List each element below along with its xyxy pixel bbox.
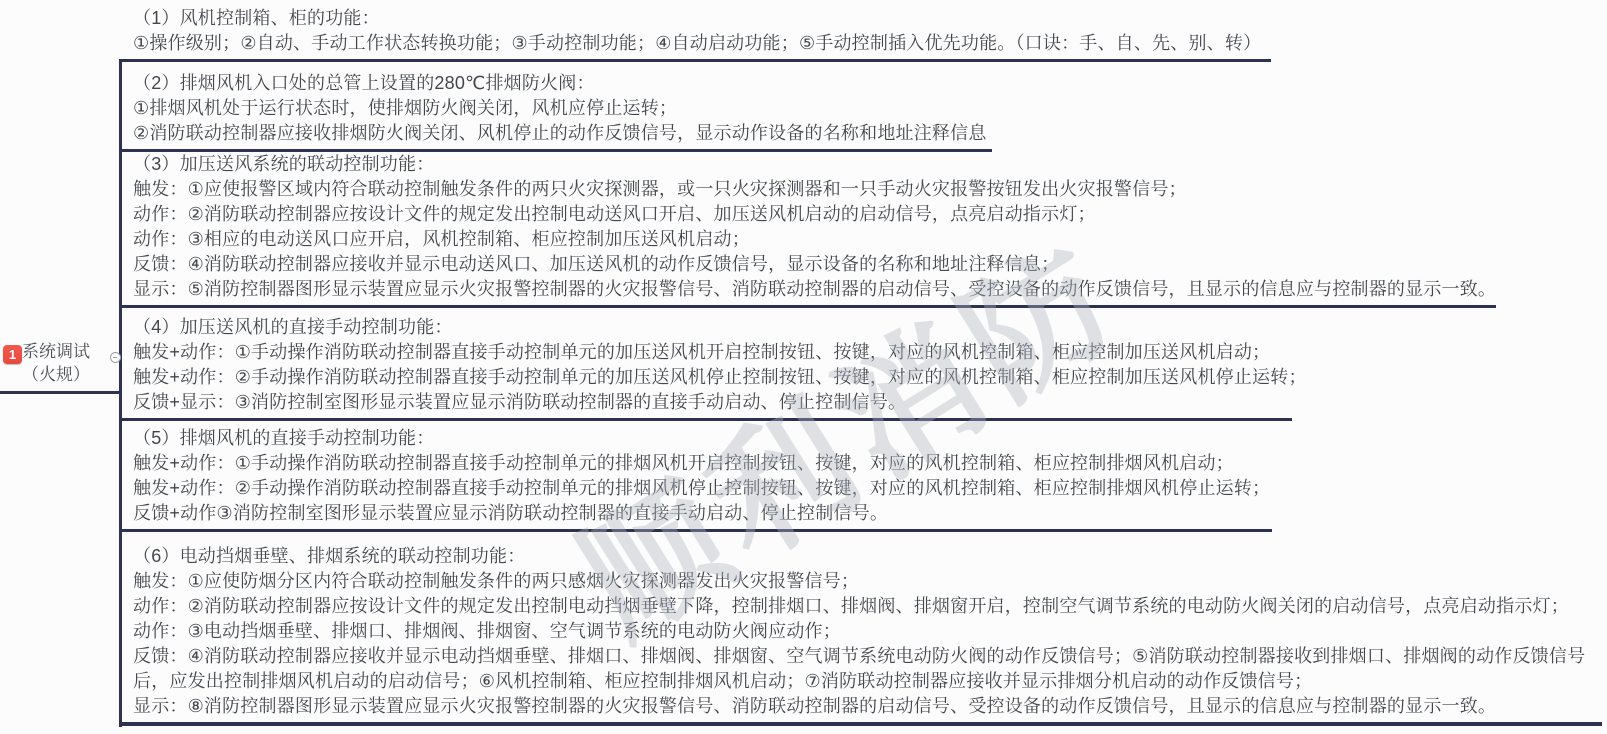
topic-line: 反馈：④消防联动控制器应接收并显示电动送风口、加压送风机的动作反馈信号，显示设备… (133, 252, 1496, 277)
topic-line: 动作：③电动挡烟垂壁、排烟口、排烟阀、排烟窗、空气调节系统的电动防火阀应动作； (133, 619, 1602, 644)
topic-heading: （5）排烟风机的直接手动控制功能： (133, 426, 1272, 451)
mindmap-canvas: { "colors": { "line": "#2c3250", "text":… (0, 0, 1607, 734)
topic-node-5[interactable]: （5）排烟风机的直接手动控制功能： 触发+动作：①手动操作消防联动控制器直接手动… (121, 426, 1272, 532)
topic-heading: （1）风机控制箱、柜的功能： (133, 6, 1271, 31)
topic-node-1[interactable]: （1）风机控制箱、柜的功能： ①操作级别；②自动、手动工作状态转换功能；③手动控… (121, 6, 1271, 62)
collapse-handle-icon[interactable] (110, 352, 121, 363)
topic-line: 触发+动作：②手动操作消防联动控制器直接手动控制单元的加压送风机停止控制按钮、按… (133, 365, 1292, 390)
topic-heading: （4）加压送风机的直接手动控制功能： (133, 315, 1292, 340)
topic-heading: （3）加压送风系统的联动控制功能： (133, 152, 1496, 177)
topic-node-6[interactable]: （6）电动挡烟垂壁、排烟系统的联动控制功能： 触发：①应使防烟分区内符合联动控制… (121, 544, 1602, 726)
root-title-line2: （火规） (0, 363, 112, 386)
topic-node-2[interactable]: （2）排烟风机入口处的总管上设置的280℃排烟防火阀： ①排烟风机处于运行状态时… (121, 71, 992, 152)
root-node[interactable]: 系统调试 （火规） (0, 340, 112, 386)
topic-line: 触发：①应使报警区域内符合联动控制触发条件的两只火灾探测器，或一只火灾探测器和一… (133, 177, 1496, 202)
root-node-underline (0, 391, 122, 394)
topic-node-4[interactable]: （4）加压送风机的直接手动控制功能： 触发+动作：①手动操作消防联动控制器直接手… (121, 315, 1292, 421)
topic-line: 触发：①应使防烟分区内符合联动控制触发条件的两只感烟火灾探测器发出火灾报警信号； (133, 569, 1602, 594)
topic-heading: （2）排烟风机入口处的总管上设置的280℃排烟防火阀： (133, 71, 992, 96)
topic-line: ①操作级别；②自动、手动工作状态转换功能；③手动控制功能；④自动启动功能；⑤手动… (133, 31, 1271, 56)
topic-line: 显示：⑤消防控制器图形显示装置应显示火灾报警控制器的火灾报警信号、消防联动控制器… (133, 277, 1496, 302)
topic-line: 触发+动作：②手动操作消防联动控制器直接手动控制单元的排烟风机停止控制按钮、按键… (133, 476, 1272, 501)
topic-line: 反馈+动作③消防控制室图形显示装置应显示消防联动控制器的直接手动启动、停止控制信… (133, 501, 1272, 526)
topic-line: ②消防联动控制器应接收排烟防火阀关闭、风机停止的动作反馈信号，显示动作设备的名称… (133, 121, 992, 146)
root-title-line1: 系统调试 (0, 340, 112, 363)
topic-line: 动作：②消防联动控制器应按设计文件的规定发出控制电动挡烟垂壁下降，控制排烟口、排… (133, 594, 1602, 619)
topic-line: 触发+动作：①手动操作消防联动控制器直接手动控制单元的排烟风机开启控制按钮、按键… (133, 451, 1272, 476)
topic-line: 动作：③相应的电动送风口应开启，风机控制箱、柜应控制加压送风机启动； (133, 227, 1496, 252)
topic-line: 反馈：④消防联动控制器应接收并显示电动挡烟垂壁、排烟口、排烟阀、排烟窗、空气调节… (133, 644, 1602, 694)
topic-line: 动作：②消防联动控制器应按设计文件的规定发出控制电动送风口开启、加压送风机启动的… (133, 202, 1496, 227)
topic-line: ①排烟风机处于运行状态时，使排烟防火阀关闭，风机应停止运转； (133, 96, 992, 121)
topic-node-3[interactable]: （3）加压送风系统的联动控制功能： 触发：①应使报警区域内符合联动控制触发条件的… (121, 152, 1496, 308)
topic-line: 触发+动作：①手动操作消防联动控制器直接手动控制单元的加压送风机开启控制按钮、按… (133, 340, 1292, 365)
topic-line: 反馈+显示：③消防控制室图形显示装置应显示消防联动控制器的直接手动启动、停止控制… (133, 390, 1292, 415)
topic-heading: （6）电动挡烟垂壁、排烟系统的联动控制功能： (133, 544, 1602, 569)
topic-line: 显示：⑧消防控制器图形显示装置应显示火灾报警控制器的火灾报警信号、消防联动控制器… (133, 694, 1602, 719)
